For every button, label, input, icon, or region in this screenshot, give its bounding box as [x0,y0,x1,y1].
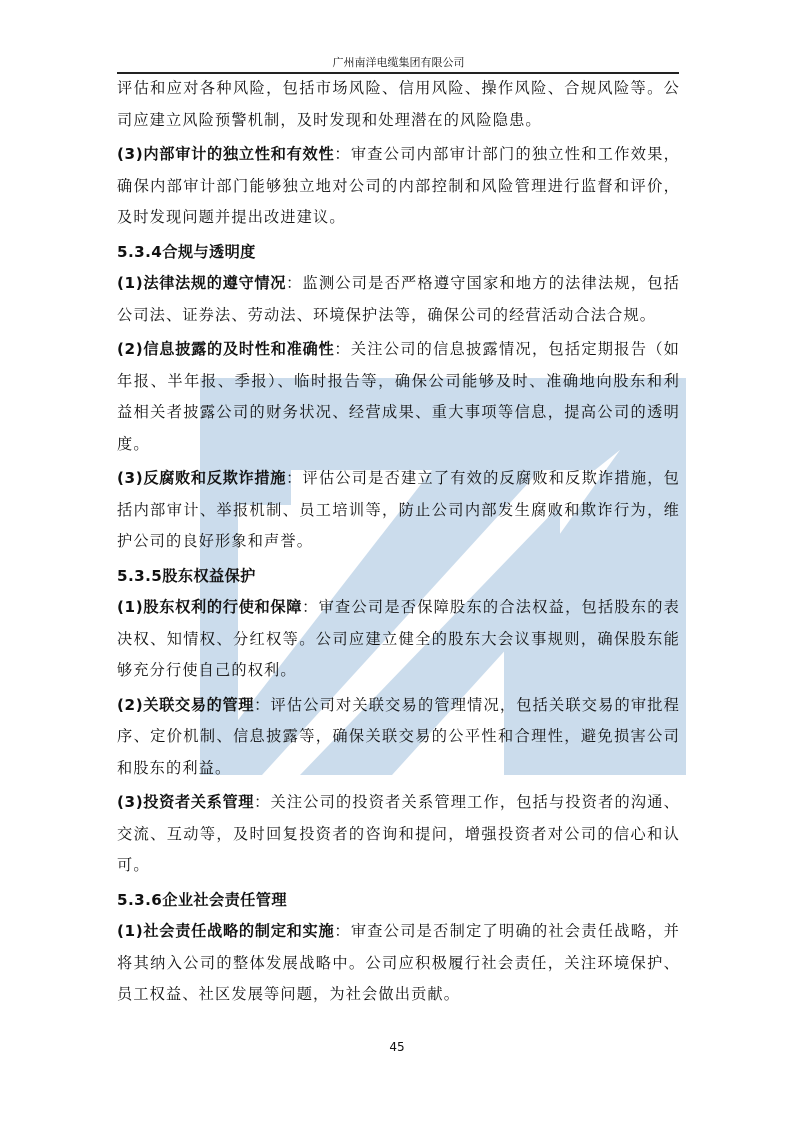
item-lead: (3)内部审计的独立性和有效性 [117,145,334,163]
list-item: (2)关联交易的管理：评估公司对关联交易的管理情况，包括关联交易的审批程序、定价… [117,690,680,785]
item-lead: (1)法律法规的遵守情况 [117,274,286,292]
section-heading-534: 5.3.4合规与透明度 [117,237,680,269]
item-lead: (2)关联交易的管理 [117,696,254,714]
page-number: 45 [0,1040,794,1054]
paragraph-risk-continuation: 评估和应对各种风险，包括市场风险、信用风险、操作风险、合规风险等。公司应建立风险… [117,73,680,136]
running-header: 广州南洋电缆集团有限公司 [117,55,680,71]
list-item: (1)法律法规的遵守情况：监测公司是否严格遵守国家和地方的法律法规，包括公司法、… [117,268,680,331]
item-lead: (1)股东权利的行使和保障 [117,598,302,616]
list-item: (3)反腐败和反欺诈措施：评估公司是否建立了有效的反腐败和反欺诈措施，包括内部审… [117,463,680,558]
section-heading-536: 5.3.6企业社会责任管理 [117,885,680,917]
section-heading-535: 5.3.5股东权益保护 [117,561,680,593]
item-lead: (1)社会责任战略的制定和实施 [117,922,334,940]
page-content: 评估和应对各种风险，包括市场风险、信用风险、操作风险、合规风险等。公司应建立风险… [117,73,680,1011]
item-lead: (3)投资者关系管理 [117,793,254,811]
paragraph-internal-audit: (3)内部审计的独立性和有效性：审查公司内部审计部门的独立性和工作效果，确保内部… [117,139,680,234]
list-item: (1)股东权利的行使和保障：审查公司是否保障股东的合法权益，包括股东的表决权、知… [117,592,680,687]
list-item: (1)社会责任战略的制定和实施：审查公司是否制定了明确的社会责任战略，并将其纳入… [117,916,680,1011]
item-lead: (2)信息披露的及时性和准确性 [117,340,334,358]
list-item: (2)信息披露的及时性和准确性：关注公司的信息披露情况，包括定期报告（如年报、半… [117,334,680,460]
item-lead: (3)反腐败和反欺诈措施 [117,469,286,487]
list-item: (3)投资者关系管理：关注公司的投资者关系管理工作，包括与投资者的沟通、交流、互… [117,787,680,882]
